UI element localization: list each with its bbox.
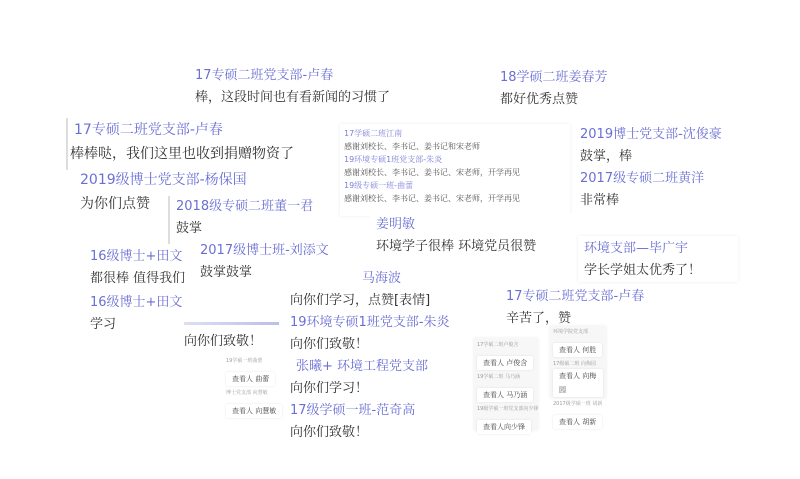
comment-text: 棒棒哒，我们这里也收到捐赠物资了 (70, 142, 346, 166)
comment-card: 17专硕二班党支部-卢春 辛苦了，赞 (506, 286, 696, 330)
comment-card-group: 马海波 向你们学习，点赞[表情] 19环境专硕1班党支部-朱炎 向你们致敬！ 张… (290, 268, 485, 458)
comment-card-group: 2019博士党支部-沈俊豪 鼓掌，棒 2017级专硕二班黄洋 非常棒 (578, 124, 768, 212)
commenter-name[interactable]: 18学硕二班姜春芳 (500, 67, 608, 89)
commenter-name[interactable]: 2019级博士党支部-杨保国 (80, 168, 270, 192)
reply-name: 博士党支部 向慧敏 (226, 389, 288, 398)
comment-text: 鼓掌，棒 (580, 146, 768, 168)
commenter-name[interactable]: 17学硕二班江南 (344, 127, 566, 140)
comment-card: 向你们致敬！ 19学硕一班曲蕾 查看人 曲蕾 博士党支部 向慧敏 查看人 向慧敏 (180, 322, 288, 412)
comment-text: 感谢刘校长、李书记、姜书记、宋老师，开学再见 (344, 192, 566, 205)
comment-text: 向你们致敬！ (290, 334, 485, 356)
reply-list: 环境学院党支部 查看人 何胜 17级硕二班 向梅园 查看人 向梅园 2017级学… (550, 326, 606, 398)
comment-text: 感谢刘校长、李书记、姜书记和宋老师 (344, 140, 566, 153)
view-person-button[interactable]: 查看人 曲蕾 (226, 372, 275, 386)
commenter-name[interactable]: 17专硕二班党支部-卢春 (506, 286, 696, 308)
reply-name: 19级学硕一班党支部向少锋 (477, 405, 535, 414)
reply-name: 17级硕二班 向梅园 (553, 360, 603, 369)
comment-card: 姜明敏 环境学子很棒 环境党员很赞 (370, 214, 575, 258)
comment-text: 都好优秀点赞 (500, 89, 608, 111)
reply-name: 2017级学硕一班 胡新 (553, 400, 603, 409)
commenter-name[interactable]: 环境支部—毕广宇 (584, 238, 732, 260)
reply-list: 19学硕一班曲蕾 查看人 曲蕾 博士党支部 向慧敏 查看人 向慧敏 (226, 357, 288, 421)
view-person-button[interactable]: 查看人 马乃涵 (477, 388, 533, 402)
commenter-name[interactable]: 2017级博士班-刘添文 (200, 240, 366, 262)
view-person-button[interactable]: 查看人向少锋 (477, 420, 531, 434)
reply-name: 17学硕二班卢俊含 (477, 341, 535, 350)
commenter-name[interactable]: 2017级专硕二班黄洋 (580, 168, 768, 190)
comment-card: 2018级专硕二班董一君 鼓掌 (168, 196, 338, 244)
view-person-button[interactable]: 查看人 向慧敏 (226, 404, 282, 418)
comment-text: 向你们致敬！ (290, 422, 485, 444)
view-person-button[interactable]: 查看人 向梅园 (553, 369, 603, 397)
commenter-name[interactable]: 17级学硕一班-范奇高 (290, 400, 485, 422)
comment-card: 17专硕二班党支部-卢春 棒，这段时间也有看新闻的习惯了 (195, 65, 390, 109)
reply-name: 19学硕二班 马乃涵 (477, 373, 535, 382)
comment-group: 17学硕二班江南 感谢刘校长、李书记、姜书记和宋老师 19环境专硕1班党支部-朱… (340, 124, 570, 216)
commenter-name[interactable]: 马海波 (290, 268, 485, 290)
comment-text: 向你们学习，点赞[表情] (290, 290, 485, 312)
commenter-name[interactable]: 16级博士+田文 (90, 246, 210, 268)
comment-text: 感谢刘校长、李书记、姜书记、宋老师，开学再见 (344, 166, 566, 179)
comment-card: 17专硕二班党支部-卢春 棒棒哒，我们这里也收到捐赠物资了 (66, 118, 346, 170)
comment-card: 18学硕二班姜春芳 都好优秀点赞 (500, 67, 608, 111)
commenter-name[interactable]: 17专硕二班党支部-卢春 (74, 118, 346, 142)
comment-text: 向你们致敬！ (184, 331, 288, 353)
commenter-name[interactable]: 17专硕二班党支部-卢春 (195, 65, 390, 87)
reply-name: 环境学院党支部 (553, 328, 603, 337)
comment-text: 鼓掌 (176, 218, 338, 240)
view-person-button[interactable]: 查看人 卢俊含 (477, 356, 533, 370)
commenter-name[interactable]: 19级专硕一班-曲蕾 (344, 179, 566, 192)
reply-list: 17学硕二班卢俊含 查看人 卢俊含 19学硕二班 马乃涵 查看人 马乃涵 19级… (474, 338, 538, 430)
commenter-name[interactable]: 2019博士党支部-沈俊豪 (580, 124, 768, 146)
commenter-name[interactable]: 张曦+ 环境工程党支部 (290, 356, 485, 378)
commenter-name[interactable]: 19环境专硕1班党支部-朱炎 (344, 153, 566, 166)
commenter-name[interactable]: 16级博士+田文 (90, 292, 210, 314)
comment-text: 向你们学习！ (290, 378, 485, 400)
view-person-button[interactable]: 查看人 胡新 (553, 415, 602, 429)
commenter-name[interactable]: 姜明敏 (376, 214, 575, 236)
comment-text: 都很棒 值得我们 (90, 268, 210, 290)
comment-text: 环境学子很棒 环境党员很赞 (376, 236, 575, 258)
comment-card: 环境支部—毕广宇 学长学姐太优秀了！ (578, 236, 738, 282)
comment-text: 非常棒 (580, 190, 768, 212)
reply-name: 19学硕一班曲蕾 (226, 357, 288, 366)
comment-text: 学长学姐太优秀了！ (584, 260, 732, 282)
truncated-name-line (184, 322, 279, 325)
comment-text: 棒，这段时间也有看新闻的习惯了 (195, 87, 390, 109)
commenter-name[interactable]: 2018级专硕二班董一君 (176, 196, 338, 218)
commenter-name[interactable]: 19环境专硕1班党支部-朱炎 (290, 312, 485, 334)
view-person-button[interactable]: 查看人 何胜 (553, 343, 602, 357)
